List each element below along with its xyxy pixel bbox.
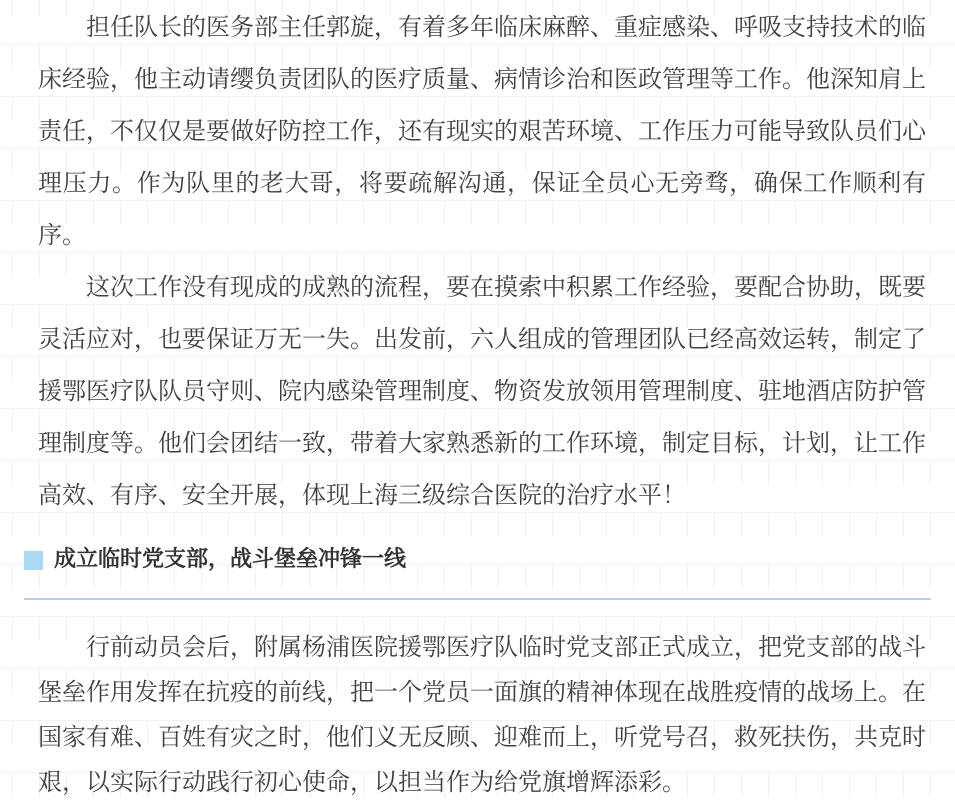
section-paragraph-1: 行前动员会后，附属杨浦医院援鄂医疗队临时党支部正式成立，把党支部的战斗堡垒作用发… [38,625,926,805]
heading-bullet-square-icon [24,551,43,570]
section-heading: 成立临时党支部，战斗堡垒冲锋一线 [24,547,931,600]
intro-paragraph-1: 担任队长的医务部主任郭旋，有着多年临床麻醉、重症感染、呼吸支持技术的临床经验，他… [38,2,926,262]
section-heading-text: 成立临时党支部，战斗堡垒冲锋一线 [54,547,406,571]
section-body: 行前动员会后，附属杨浦医院援鄂医疗队临时党支部正式成立，把党支部的战斗堡垒作用发… [0,625,955,805]
article-page: 担任队长的医务部主任郭旋，有着多年临床麻醉、重症感染、呼吸支持技术的临床经验，他… [0,0,955,805]
intro-paragraph-2: 这次工作没有现成的成熟的流程，要在摸索中积累工作经验，要配合协助，既要灵活应对，… [38,262,926,522]
